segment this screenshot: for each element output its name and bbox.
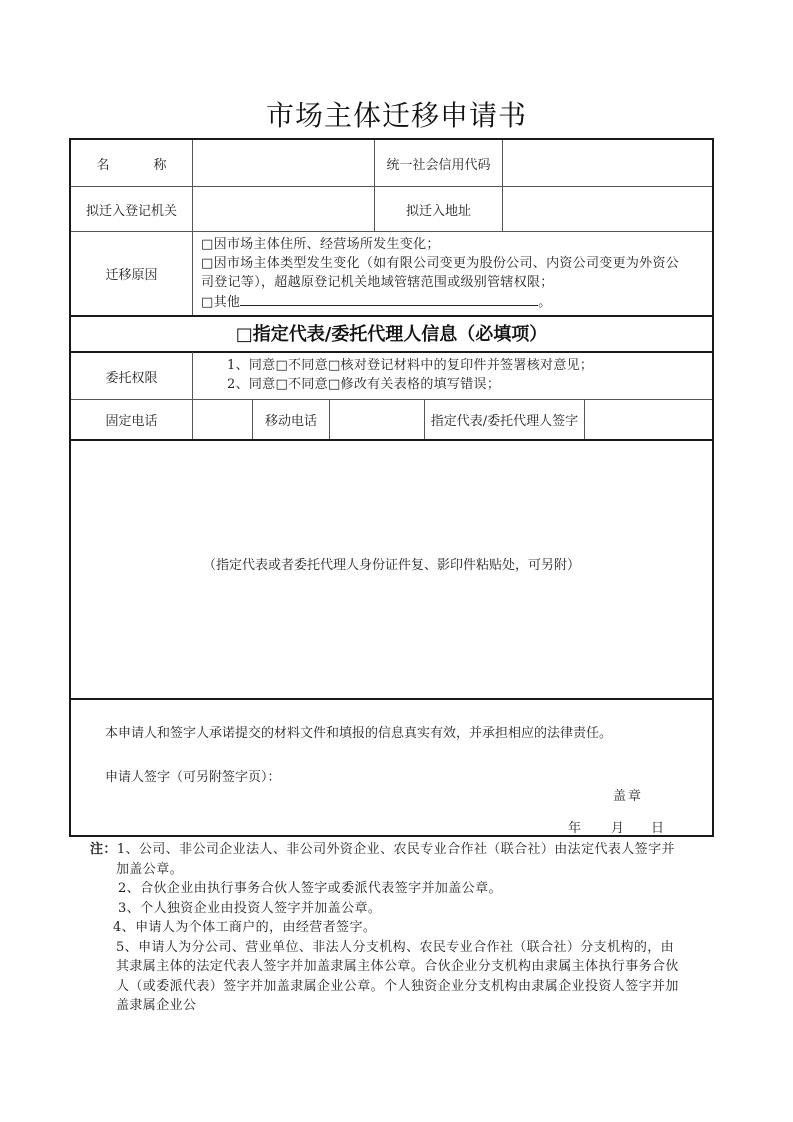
name-field[interactable] [193, 140, 374, 186]
note-line-3: 3、个人独资企业由投资人签字并加盖公章。 [90, 899, 715, 919]
authority-item-correct-errors[interactable]: 2、同意□不同意□修改有关表格的填写错误； [227, 375, 707, 394]
note-line-5-cont-1: 其隶属主体的法定代表人签字并加盖隶属主体公章。合伙企业分支机构由隶属主体执行事务… [90, 957, 715, 977]
column-divider [192, 399, 193, 439]
date-month: 月 [611, 817, 624, 836]
page-title: 市场主体迁移申请书 [0, 98, 793, 134]
reason-option-type-change-cont: 司登记等），超越原登记机关地域管辖范围或级别管辖权限； [201, 273, 711, 292]
pledge-statement: 本申请人和签字人承诺提交的材料文件和填报的信息真实有效，并承担相应的法律责任。 [105, 722, 612, 741]
name-label: 名 称 [71, 140, 192, 186]
agent-section-header[interactable]: □指定代表/委托代理人信息（必填项） [71, 315, 712, 351]
credit-code-field[interactable] [503, 140, 712, 186]
column-divider [424, 399, 425, 439]
landline-label: 固定电话 [71, 400, 192, 439]
mobile-label: 移动电话 [253, 400, 329, 439]
applicant-signature-label[interactable]: 申请人签字（可另附签字页）： [105, 766, 281, 785]
reason-option-other[interactable]: □其他。 [201, 292, 711, 312]
column-divider [252, 399, 253, 439]
note-line-5: 5、申请人为分公司、营业单位、非法人分支机构、农民专业合作社（联合社）分支机构的… [90, 938, 715, 958]
date-day: 日 [651, 817, 664, 836]
reason-label: 迁移原因 [71, 232, 192, 315]
row-divider [71, 439, 712, 441]
other-prefix: □其他 [201, 295, 240, 310]
reason-option-type-change[interactable]: □因市场主体类型发生变化（如有限公司变更为股份公司、内资公司变更为外资公 [201, 254, 711, 273]
note-line-1-cont: 加盖公章。 [90, 860, 715, 880]
id-copy-paste-area-hint: （指定代表或者委托代理人身份证件复、影印件粘贴处，可另附） [71, 554, 712, 573]
seal-label: 盖章 [613, 785, 643, 804]
agent-signature-label: 指定代表/委托代理人签字 [425, 400, 584, 439]
row-divider [71, 698, 712, 700]
address-label: 拟迁入地址 [375, 187, 502, 231]
address-field[interactable] [503, 187, 712, 231]
column-divider [192, 140, 193, 231]
authority-label: 拟迁入登记机关 [71, 187, 192, 231]
name-label-right: 称 [154, 154, 167, 173]
date-year: 年 [568, 817, 581, 836]
migration-application-form: 名 称 统一社会信用代码 拟迁入登记机关 拟迁入地址 迁移原因 □因市场主体住所… [69, 138, 714, 837]
note-line-5-cont-3: 盖隶属企业公 [90, 996, 715, 1016]
other-reason-input[interactable] [240, 292, 538, 306]
column-divider [192, 352, 193, 399]
column-divider [584, 399, 585, 439]
reason-options: □因市场主体住所、经营场所发生变化； □因市场主体类型发生变化（如有限公司变更为… [201, 235, 711, 312]
authority-item-verify-copies[interactable]: 1、同意□不同意□核对登记材料中的复印件并签署核对意见； [227, 356, 707, 375]
column-divider [502, 140, 503, 231]
column-divider [192, 231, 193, 315]
authority-field[interactable] [193, 187, 374, 231]
mobile-field[interactable] [330, 400, 424, 439]
name-label-left: 名 [96, 154, 109, 173]
landline-field[interactable] [193, 400, 252, 439]
credit-code-label: 统一社会信用代码 [375, 140, 502, 186]
note-line-4: 4、申请人为个体工商户的，由经营者签字。 [90, 918, 715, 938]
reason-option-address-change[interactable]: □因市场主体住所、经营场所发生变化； [201, 235, 711, 254]
authority-scope-label: 委托权限 [71, 353, 192, 399]
notes-lead: 注： [90, 842, 117, 857]
other-suffix: 。 [538, 295, 551, 310]
column-divider [329, 399, 330, 439]
note-line-2: 2、合伙企业由执行事务合伙人签字或委派代表签字并加盖公章。 [90, 879, 715, 899]
note-line-5-cont-2: 人（或委派代表）签字并加盖隶属企业公章。个人独资企业分支机构由隶属企业投资人签字… [90, 977, 715, 997]
agent-signature-field[interactable] [585, 400, 712, 439]
authority-scope-items: 1、同意□不同意□核对登记材料中的复印件并签署核对意见； 2、同意□不同意□修改… [227, 356, 707, 394]
column-divider [374, 140, 375, 231]
notes-section: 注：1、公司、非公司企业法人、非公司外资企业、农民专业合作社（联合社）由法定代表… [90, 840, 715, 1016]
note-line-1: 注：1、公司、非公司企业法人、非公司外资企业、农民专业合作社（联合社）由法定代表… [90, 840, 715, 860]
